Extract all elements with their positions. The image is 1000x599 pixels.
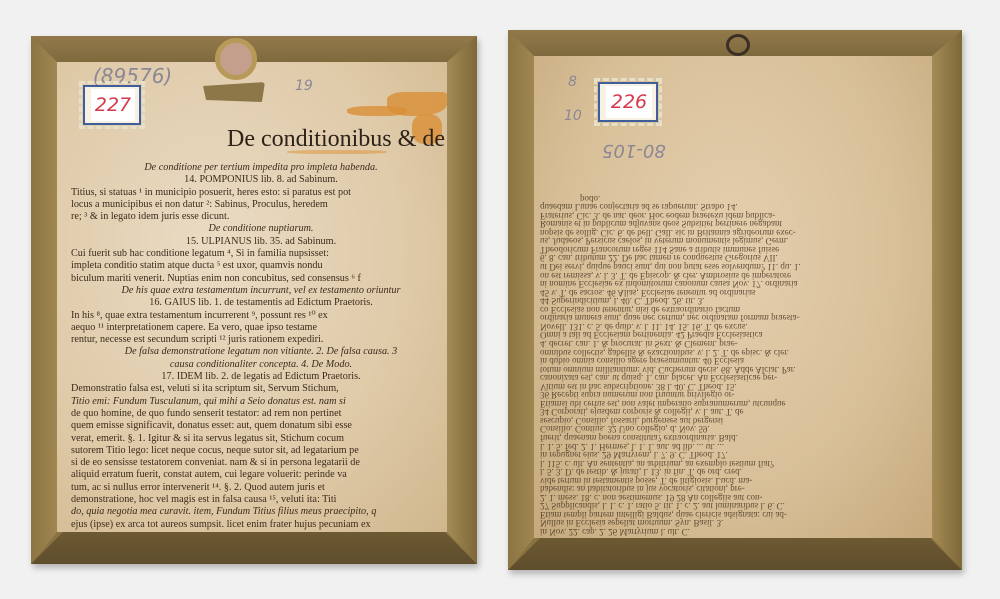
text-line: verat, emerit. §. 1. Igitur & si ita ser… xyxy=(71,433,447,445)
pencil-inventory-note: 80-105 xyxy=(602,140,666,161)
text-line: omnibus collectis, gabellis & exactionib… xyxy=(540,348,920,357)
text-line: sescupio, Consilio, fossarii, burgenses … xyxy=(540,416,920,425)
frame-bevel-right xyxy=(932,30,962,570)
text-line: quem emisse significavit, donatus esset:… xyxy=(71,420,447,432)
text-line: biculum mariti venerit. Nuptias enim non… xyxy=(71,273,447,285)
text-line: Theodoricum Francorum reges 114 Sane a t… xyxy=(540,245,920,254)
text-line: Omni a tali ad Ecclesiam pertinentia. 42… xyxy=(540,331,920,340)
text-line: us, Judaeos, Persicus caelos, in veterum… xyxy=(540,237,920,246)
text-line: aequo ¹¹ interpretationem capere. Ea ver… xyxy=(71,322,447,334)
text-line: 36 Recepti supra numerum non fruuntur pr… xyxy=(540,391,920,400)
text-line: in dubio omnia consilio agere praesumunt… xyxy=(540,356,920,365)
text-line: canonizata est, can. ut quisq. 1. can. p… xyxy=(540,373,920,382)
text-line: vide tertum in testamentis posse, T. de … xyxy=(540,476,920,485)
text-line: De conditione nuptiarum. xyxy=(71,223,447,235)
text-line: impleta conditio statim atque ducta ⁵ es… xyxy=(71,260,447,272)
text-line: Etiam templi partem intelligi Baldus, qu… xyxy=(540,510,920,519)
text-line: Titio emi: Fundum Tusculanum, qui mihi a… xyxy=(71,396,447,408)
printed-leaf-verso: 8 10 80-105 226 in Nov. 22. cap. 2. 26 M… xyxy=(534,56,932,538)
text-line: In his ⁸, quae extra testamentum incurre… xyxy=(71,310,447,322)
text-line: De falsa demonstratione legatum non viti… xyxy=(71,346,447,358)
text-line: De conditione per tertium impedita pro i… xyxy=(71,162,447,174)
text-line: ordinaria munera sunt, quae nec certum, … xyxy=(540,314,920,323)
text-line: 6. 8. can. tributum 22. De hac tamen re … xyxy=(540,254,920,263)
text-line: ni nomine Ecclesiae ex indomitorum canon… xyxy=(540,279,920,288)
frame-bevel-left xyxy=(31,36,57,564)
text-line: ejus (ipse) ex arca tot aureos sumpsit. … xyxy=(71,519,447,531)
text-line: 44 Superindicitium, l. 40. C. Theod. 26.… xyxy=(540,297,920,306)
text-line: 4. decret. can. 1. & procurat. in Sext. … xyxy=(540,339,920,348)
text-line: 17. IDEM lib. 2. de legatis ad Edictum P… xyxy=(71,371,447,383)
text-line: sumpsit, utile legatum est. §. 3. At si … xyxy=(71,531,447,532)
text-line: totum omnium militantium: vid. Cucherum … xyxy=(540,365,920,374)
right-frame: 8 10 80-105 226 in Nov. 22. cap. 2. 26 M… xyxy=(508,30,962,570)
inventory-label: 227 xyxy=(83,85,141,125)
text-line: 14. POMPONIUS lib. 8. ad Sabinum. xyxy=(71,174,447,186)
text-line: nopsis de sollig. Cic. 6. de bell. Gall.… xyxy=(540,228,920,237)
body-text: De conditione per tertium impedita pro i… xyxy=(71,162,447,532)
text-line: De his quae extra testamentum incurrunt,… xyxy=(71,285,447,297)
text-line: Vitium est in hac subscriptione. 38 l. 4… xyxy=(540,382,920,391)
text-line: Nullus in Ecclesia sepeliat mortuum. Syn… xyxy=(540,519,920,528)
frame-bevel-bottom xyxy=(31,532,477,564)
pencil-note-2: 19 xyxy=(295,78,313,94)
frame-bevel-left xyxy=(508,30,534,570)
text-line: l. 5. 3. D. de testib. & jurati, l. 13. … xyxy=(540,468,920,477)
text-line: 15. ULPIANUS lib. 35. ad Sabinum. xyxy=(71,236,447,248)
text-line: fuerit, quaenam poena constituta? extrao… xyxy=(540,433,920,442)
text-line: aliquid erratum fuerit, constat autem, c… xyxy=(71,469,447,481)
text-line: Fraterius, Cic. 3. de nat. deor. Hoc eod… xyxy=(540,211,920,220)
text-line: 45 v. T. de sacros. 46 Alias, Ecclesiae … xyxy=(540,288,920,297)
text-line: re; ³ & in legato idem juris esse dicunt… xyxy=(71,211,447,223)
text-line: in Nov. 22. cap. 2. 26 Martyrium l. ult.… xyxy=(540,527,920,536)
text-line: Novell. 131. c. 5. de quib. v. l. 11. 14… xyxy=(540,322,920,331)
hanger-plate xyxy=(203,82,265,102)
left-frame: (89576) 19 227 De conditionibus & de De … xyxy=(31,36,477,564)
text-line: quaedam Lunae conjectaria ad se rapuerun… xyxy=(540,203,920,212)
show-through-text: in Nov. 22. cap. 2. 26 Martyrium l. ult.… xyxy=(540,194,920,536)
text-line: Cui fuerit sub hac conditione legatum ⁴,… xyxy=(71,248,447,260)
text-line: do, quia negotia mea curavit. item, Fund… xyxy=(71,506,447,518)
text-line: Romanis et in publicum adjuvans deos Sub… xyxy=(540,220,920,229)
text-line: 16. GAIUS lib. 1. de testamentis ad Edic… xyxy=(71,297,447,309)
frame-bevel-right xyxy=(447,36,477,564)
text-line: l. 115. c. ult. An sententia, an arbitri… xyxy=(540,459,920,468)
text-line: demonstratione, hoc vel magis est in fal… xyxy=(71,494,447,506)
inventory-number: 226 xyxy=(606,86,652,118)
text-line: co Ecclesias non tenentur, nisi de extra… xyxy=(540,305,920,314)
text-line: tum, ac si nullus error intervenerit ¹⁴.… xyxy=(71,482,447,494)
section-heading: De conditionibus & de xyxy=(227,126,445,153)
text-line: Etiamsi ubi certus est, non valet impera… xyxy=(540,399,920,408)
pencil-mark: 10 xyxy=(564,108,582,124)
pencil-mark: 8 xyxy=(568,74,577,90)
text-line: 2. 1. mess. 18. c. non aestimemus. 19 28… xyxy=(540,493,920,502)
brass-hanger-icon xyxy=(203,38,265,108)
frame-bevel-bottom xyxy=(508,538,962,570)
text-line: ut Dei servi, quique pauci sunt, qui non… xyxy=(540,262,920,271)
text-line: sutorem Titio lego: licet neque cocus, n… xyxy=(71,445,447,457)
printed-leaf-recto: (89576) 19 227 De conditionibus & de De … xyxy=(57,62,447,532)
text-line: on est remissa, v. l. 3. T. de Episcop. … xyxy=(540,271,920,280)
ring-hanger-icon xyxy=(726,34,750,56)
inventory-label: 226 xyxy=(598,82,658,122)
orange-stain xyxy=(387,92,447,116)
text-line: de quo homine, de quo fundo senserit tes… xyxy=(71,408,447,420)
text-line: Demonstratio falsa est, veluti si ita sc… xyxy=(71,383,447,395)
text-line: 27 Supplicandis, l. 1. c. 1. ratio 5. ti… xyxy=(540,502,920,511)
inventory-number: 227 xyxy=(91,89,135,121)
text-line: si de eo sensisse testatorem conveniat. … xyxy=(71,457,447,469)
text-line: causa conditionaliter concepta. 4. De Mo… xyxy=(71,359,447,371)
text-line: rentur, necesse est secundum scripti ¹² … xyxy=(71,334,447,346)
text-line: in repugnet eius. 29 Martyrem, l. 7. 9. … xyxy=(540,450,920,459)
text-line: habendis: an habitatoribus in jus vocato… xyxy=(540,485,920,494)
text-line: l. 1. 5. fed. 2. 1. Hermes, l. 1. 1. aut… xyxy=(540,442,920,451)
text-line: locus a municipibus ei non datur ²: Sabi… xyxy=(71,199,447,211)
text-line: 34 Corporati, ejusdem corporis & collegi… xyxy=(540,408,920,417)
text-line: Titius, si statuas ¹ in municipio posuer… xyxy=(71,187,447,199)
hanger-ring xyxy=(215,38,257,80)
